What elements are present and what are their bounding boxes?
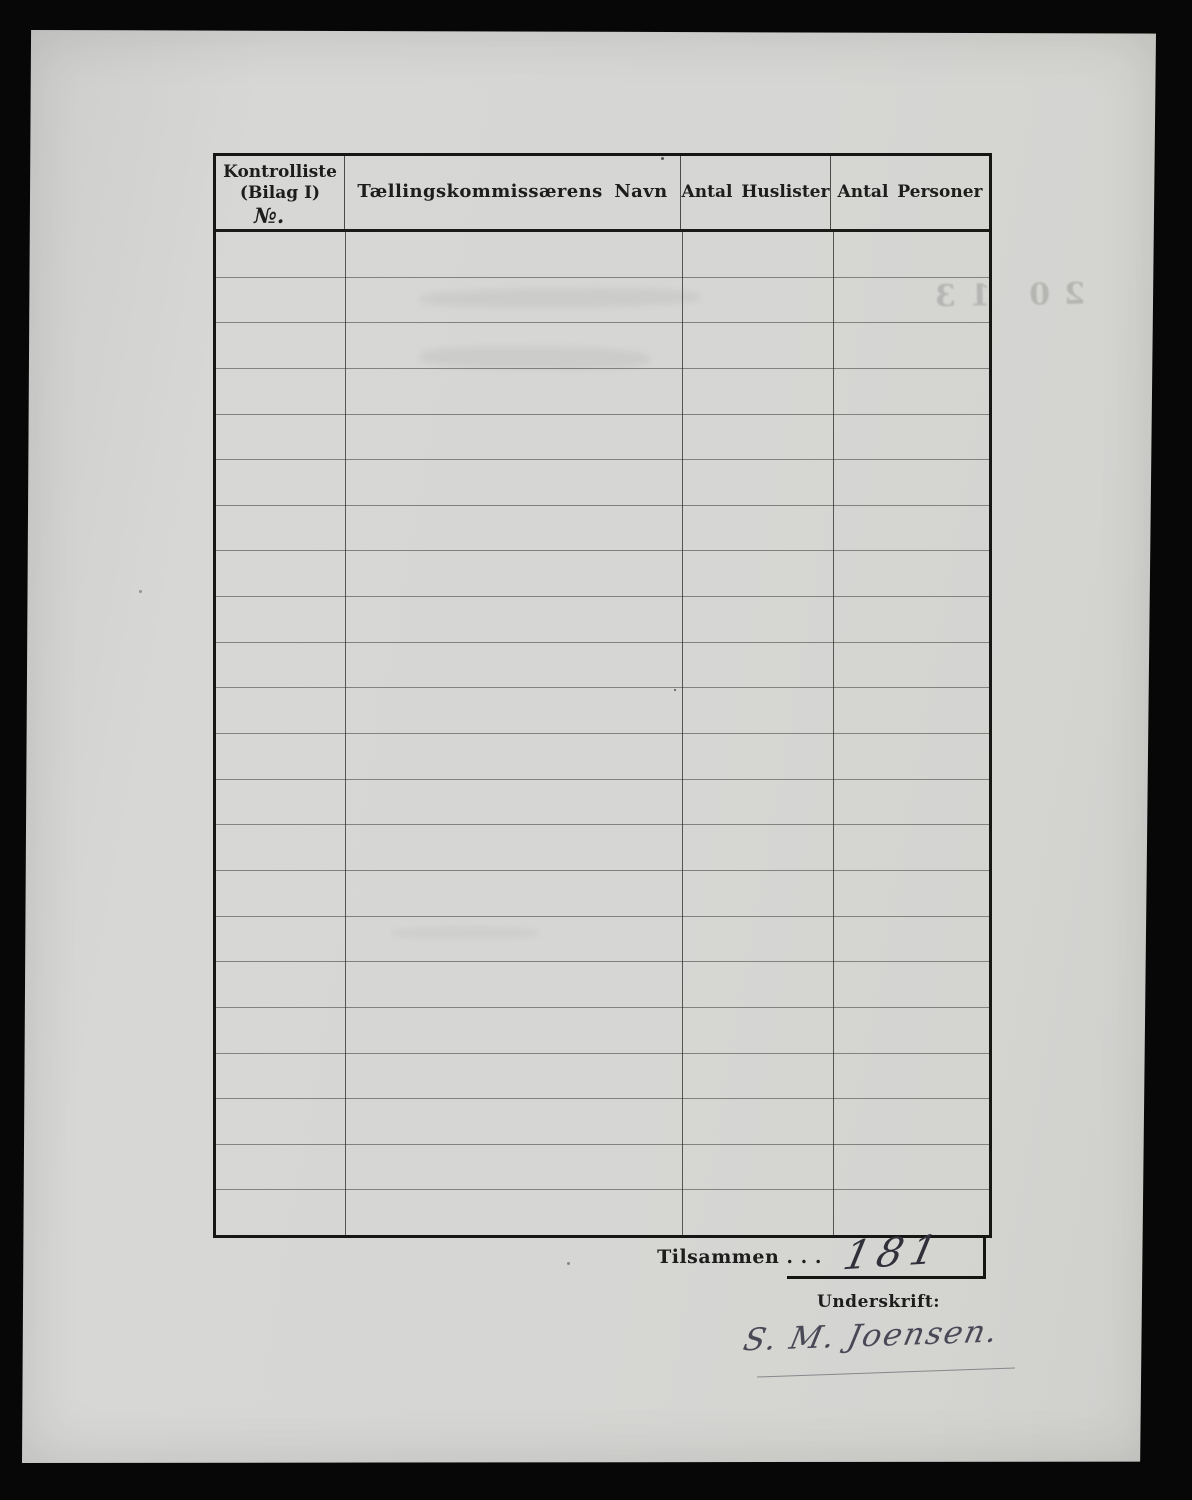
header-kontrolliste-no: Kontrolliste (Bilag I) №. <box>216 156 345 229</box>
table-row <box>216 369 989 415</box>
total-value-handwritten: 181 <box>839 1227 948 1280</box>
scanned-paper: 20 13 Kontrolliste (Bilag I) №. Tællings… <box>22 30 1156 1463</box>
table-body <box>216 232 989 1235</box>
table-row <box>216 1190 989 1235</box>
table-row <box>216 1008 989 1054</box>
table-row <box>216 734 989 780</box>
table-row <box>216 597 989 643</box>
total-box-underline <box>787 1276 984 1279</box>
table-row <box>216 278 989 324</box>
table-row <box>216 917 989 963</box>
table-row <box>216 871 989 917</box>
signature-label: Underskrift: <box>817 1292 940 1312</box>
column-divider <box>682 232 683 1235</box>
table-row <box>216 551 989 597</box>
table-row <box>216 506 989 552</box>
signature-handwritten: S. M. Joensen. <box>740 1314 1003 1359</box>
table-row <box>216 323 989 369</box>
table-row <box>216 1145 989 1191</box>
table-row <box>216 1099 989 1145</box>
table-row <box>216 643 989 689</box>
column-divider <box>345 232 346 1235</box>
table-row <box>216 688 989 734</box>
column-divider <box>833 232 834 1235</box>
signature-flourish-line <box>757 1367 1015 1377</box>
header-numero-sign: №. <box>216 205 344 227</box>
header-kontrolliste-line2: (Bilag I) <box>216 183 344 204</box>
table-row <box>216 962 989 1008</box>
table-row <box>216 232 989 278</box>
table-row <box>216 1054 989 1100</box>
header-antal-huslister: Antal Huslister <box>681 156 831 229</box>
table-row <box>216 415 989 461</box>
table-row <box>216 780 989 826</box>
table-header-row: Kontrolliste (Bilag I) №. Tællingskommis… <box>216 156 989 232</box>
table-row <box>216 825 989 871</box>
header-kontrolliste-line1: Kontrolliste <box>216 162 344 183</box>
control-list-table: Kontrolliste (Bilag I) №. Tællingskommis… <box>213 153 992 1238</box>
scan-speck <box>139 590 142 593</box>
table-row <box>216 460 989 506</box>
total-label: Tilsammen . . . <box>562 1246 822 1268</box>
header-antal-personer: Antal Personer <box>831 156 989 229</box>
header-commissioner-name: Tællingskommissærens Navn <box>345 156 681 229</box>
total-box-right-line <box>983 1238 986 1279</box>
